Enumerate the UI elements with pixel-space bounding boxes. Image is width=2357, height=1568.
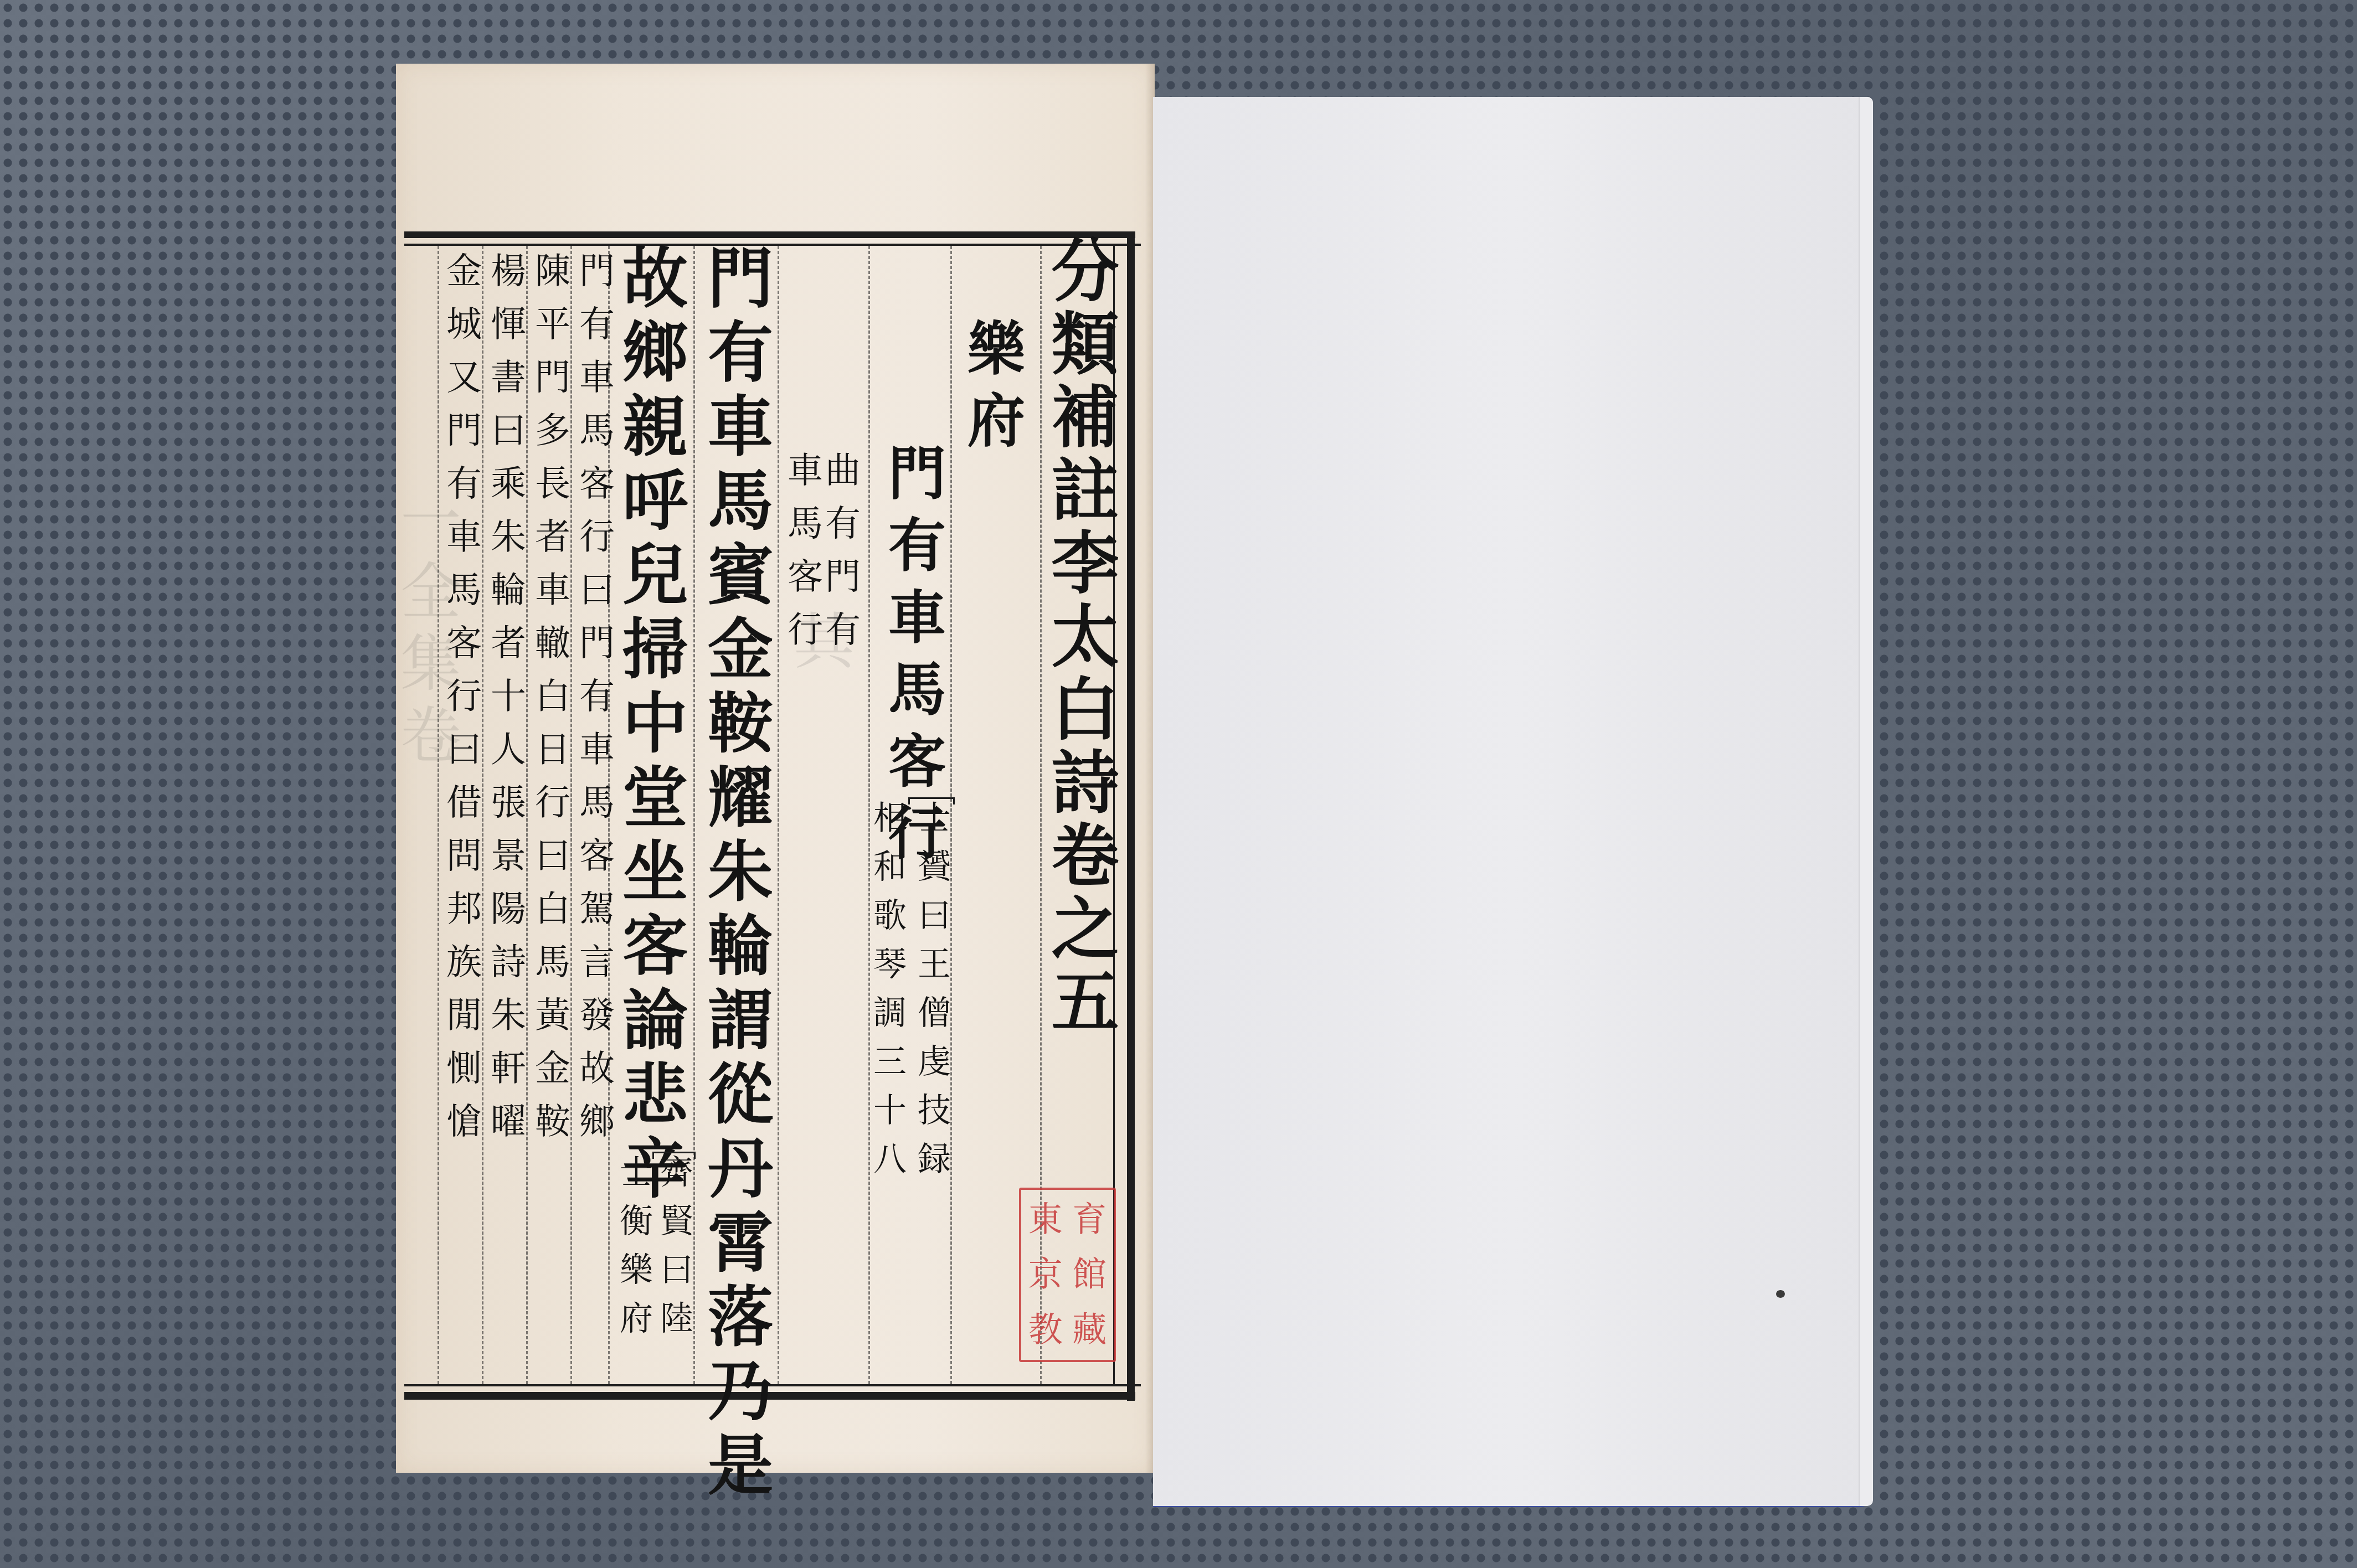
poem-line-2: 故鄉親呼兒掃中堂坐客論悲辛 [614, 244, 686, 1208]
ink-spot [1776, 1290, 1785, 1298]
column-divider [693, 246, 695, 1384]
source-note-left: 車馬客行 [782, 451, 822, 664]
poem-line-2-annotation-right: 齊賢曰陸 [656, 1154, 692, 1349]
source-note-right: 曲有門有 [820, 451, 860, 664]
poem-title-annotation-right: 士贇曰王僧虔技録 [914, 800, 949, 1190]
column-divider [526, 246, 528, 1384]
column-divider [570, 246, 572, 1384]
seal-glyph: 育 [1068, 1192, 1112, 1247]
commentary-column-1: 門有車馬客行曰門有車馬客駕言發故鄉 [574, 252, 614, 1156]
column-divider [482, 246, 483, 1384]
section-heading: 樂府 [961, 318, 1022, 462]
poem-line-2-annotation-left: 士衡樂府 [616, 1154, 651, 1349]
poem-line-1: 門有車馬賓金鞍耀朱輪謂從丹霄落乃是 [699, 244, 771, 1505]
collector-seal-stamp: 東 育 京 館 教 藏 [1019, 1188, 1116, 1362]
right-page-blank [1153, 97, 1873, 1506]
column-divider [778, 246, 779, 1384]
commentary-column-4: 金城又門有車馬客行曰借問邦族閒惻愴 [441, 252, 481, 1156]
frame-right-thick-rule [1127, 233, 1135, 1401]
book-title-column: 分類補註李太白詩卷之五 [1044, 235, 1116, 1039]
column-divider [438, 246, 439, 1384]
seal-glyph: 藏 [1068, 1302, 1112, 1358]
seal-glyph: 京 [1023, 1247, 1068, 1303]
fore-edge [1859, 97, 1873, 1506]
commentary-column-3: 楊惲書曰乘朱輪者十人張景陽詩朱軒曜 [485, 252, 525, 1156]
poem-title-annotation-left: 相和歌琴調三十八 [869, 800, 905, 1190]
seal-glyph: 教 [1023, 1302, 1068, 1358]
frame-top-thick-rule [404, 231, 1135, 238]
commentary-column-2: 陳平門多長者車轍白日行曰白馬黃金鞍 [529, 252, 569, 1156]
seal-glyph: 東 [1023, 1192, 1068, 1247]
seal-glyph: 館 [1068, 1247, 1112, 1303]
